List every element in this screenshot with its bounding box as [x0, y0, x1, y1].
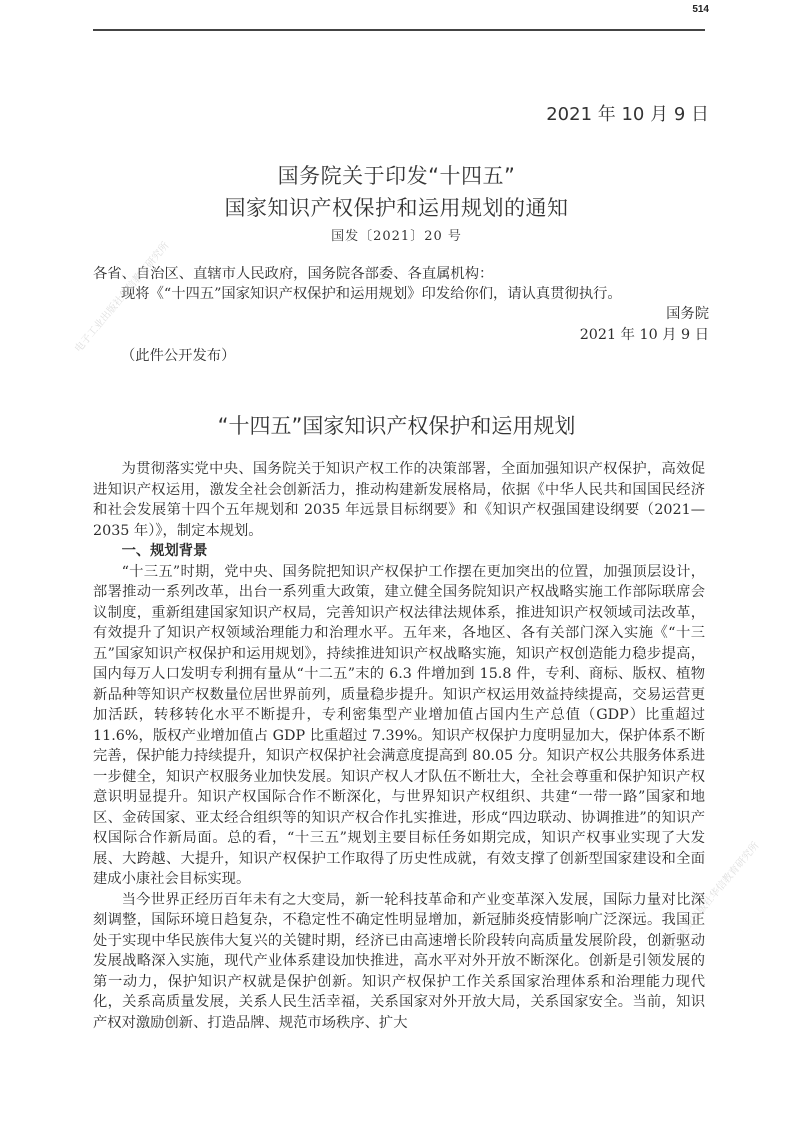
section-heading-background: 一、规划背景	[93, 541, 705, 562]
notice-title-line1: 国务院关于印发“十四五”	[0, 160, 793, 190]
plan-body: 为贯彻落实党中央、国务院关于知识产权工作的决策部署，全面加强知识产权保护，高效促…	[93, 459, 705, 1033]
background-paragraph-2: 当今世界正经历百年未有之大变局，新一轮科技革命和产业变革深入发展，国际力量对比深…	[93, 890, 705, 1034]
plan-title: “十四五”国家知识产权保护和运用规划	[0, 410, 793, 440]
instruction: 现将《“十四五”国家知识产权保护和运用规划》印发给你们，请认真贯彻执行。	[121, 284, 622, 304]
header-rule	[93, 29, 705, 31]
page-number: 514	[692, 4, 709, 15]
publication-note: （此件公开发布）	[121, 346, 235, 366]
notice-title-line2: 国家知识产权保护和运用规划的通知	[0, 192, 793, 222]
notice-date: 2021 年 10 月 9 日	[580, 325, 709, 345]
issuer: 国务院	[666, 304, 709, 324]
top-date: 2021 年 10 月 9 日	[546, 100, 709, 126]
background-paragraph-1: “十三五”时期，党中央、国务院把知识产权保护工作摆在更加突出的位置，加强顶层设计…	[93, 562, 705, 890]
intro-paragraph: 为贯彻落实党中央、国务院关于知识产权工作的决策部署，全面加强知识产权保护，高效促…	[93, 459, 705, 541]
doc-number: 国发〔2021〕20 号	[0, 225, 793, 244]
